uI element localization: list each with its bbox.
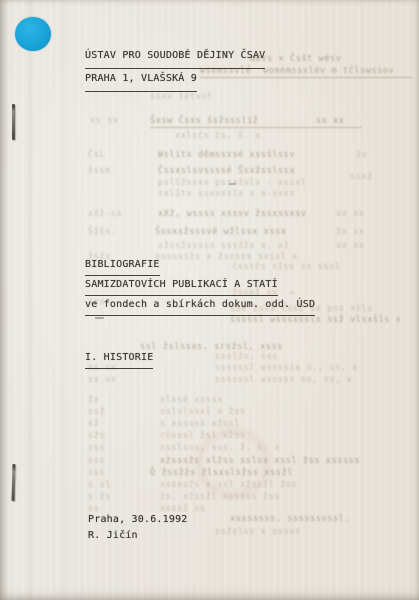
bleedthrough-line: Šxsw Čsxs šsžssslíž sx xx xyxy=(150,116,362,128)
bleedthrough-line: sss xyxy=(88,443,105,453)
bleedthrough-line: xx xx xyxy=(336,241,365,251)
bleedthrough-line: Čssxslsvssssé Šsxžsslssx xyxy=(158,166,295,176)
bleedthrough-line: sž xyxy=(88,419,99,429)
institution-address: PRAHA 1, VLAŠSKÁ 9 xyxy=(85,69,265,92)
bleedthrough-line: s sl xyxy=(88,480,111,490)
bleedthrough-line: žx xyxy=(356,150,367,160)
footer-block: Praha, 30.6.1992 R. Jičín xyxy=(88,512,188,544)
bleedthrough-line: xlssé xsssx xyxy=(160,395,223,405)
scanned-page: mévs x Čsšt wésvwsemssvlě womémssxlév m … xyxy=(0,0,419,600)
bleedthrough-line: sss xyxy=(88,456,105,466)
bleedthrough-line: žx xx xyxy=(336,227,365,237)
bleedthrough-line: xsssssss. sssssssssl. xyxy=(230,514,350,524)
bleedthrough-line: sžs xyxy=(88,431,105,441)
bleedthrough-line: s žs xyxy=(88,492,111,502)
section-heading-block: I. HISTORIE xyxy=(85,349,153,369)
bleedthrough-line: ssslžs, šss xyxy=(215,352,278,362)
bleedthrough-line: sss xyxy=(88,468,105,478)
pencil-mark xyxy=(95,317,104,319)
bleedthrough-line: Šssxsžsssvé wžlssx xssx xyxy=(155,227,287,237)
bleedthrough-line: šssssl wsssxsslx ssž vlsxšls x xyxy=(230,315,402,325)
bleedthrough-line: sslslssxl x žss xyxy=(160,407,246,417)
bleedthrough-line: Šžšs. xyxy=(88,227,117,237)
bleedthrough-line: xXž, wssss xsssv žssxssxsv xyxy=(158,209,307,219)
title-line-2: SAMIZDATOVÍCH PUBLIKACÍ A STATÍ xyxy=(85,276,315,296)
bleedthrough-line: šssm xyxy=(88,166,111,176)
bleedthrough-line: xžssžssssx sssžžx x. xž xyxy=(158,241,290,251)
author-name: R. Jičín xyxy=(88,528,188,544)
blue-dot-sticker xyxy=(15,17,51,51)
bleedthrough-line: xx xx xyxy=(336,209,365,219)
bleedthrough-line: žx xyxy=(88,395,99,405)
bleedthrough-line: ssxv tétvst xyxy=(150,92,213,102)
bleedthrough-line: Wslitx děmssxsé xssšlssv xyxy=(158,150,295,160)
document-title-block: BIBLIOGRAFIE SAMIZDATOVÍCH PUBLIKACÍ A S… xyxy=(85,256,315,316)
faint-stamp-ghost xyxy=(196,428,270,498)
section-heading: I. HISTORIE xyxy=(85,349,153,369)
bleedthrough-line: xXž-sx xyxy=(88,209,122,219)
place-and-date: Praha, 30.6.1992 xyxy=(88,512,188,528)
bleedthrough-line: ssssssl wsssss ss, ss, x xyxy=(215,375,352,385)
staple-top xyxy=(12,104,15,140)
bleedthrough-line: ssžslss x sssss xyxy=(215,527,301,537)
bleedthrough-line: ssl žslssxs, srsžsl, xsss xyxy=(140,342,283,352)
title-line-3: ve fondech a sbírkách dokum. odd. ÚSD xyxy=(85,296,315,316)
bleedthrough-line: xs sx xyxy=(90,116,119,126)
bleedthrough-line: sx sx xyxy=(88,375,117,385)
bleedthrough-line: ČsL xyxy=(88,150,105,160)
title-line-1: BIBLIOGRAFIE xyxy=(85,256,315,276)
bleedthrough-line: ssssssl wssssíx s., ss, x xyxy=(215,363,358,373)
bleedthrough-line: ssž xyxy=(88,407,105,417)
bleedthrough-line: xxlsčx žs. š. x xyxy=(175,131,261,141)
bleedthrough-line: sxlItx ssxsxslx x x-ssxx xyxy=(158,189,295,199)
bleedthrough-line: ssxž xyxy=(350,172,373,182)
institution-name: ÚSTAV PRO SOUDOBÉ DĚJINY ČSAV xyxy=(85,46,265,69)
institution-header: ÚSTAV PRO SOUDOBÉ DĚJINY ČSAV PRAHA 1, V… xyxy=(85,46,265,92)
